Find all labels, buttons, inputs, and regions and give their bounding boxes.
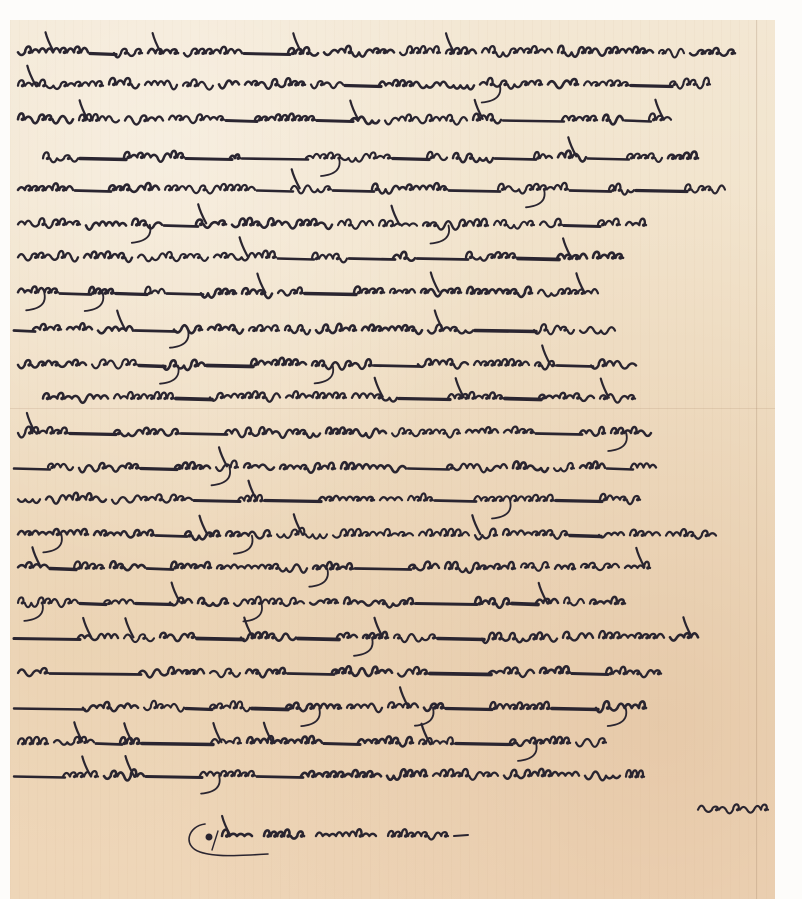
script-line	[14, 617, 698, 656]
script-line	[18, 346, 636, 384]
signature-dot-icon	[206, 834, 213, 841]
script-line	[18, 237, 623, 262]
script-line	[18, 273, 598, 312]
script-line	[14, 756, 644, 794]
script-line	[18, 169, 725, 207]
script-line	[18, 722, 606, 761]
script-line	[18, 514, 716, 553]
script-line	[698, 804, 768, 813]
signature	[189, 816, 468, 856]
script-line	[18, 204, 646, 243]
script-line	[18, 481, 640, 519]
script-line	[18, 413, 651, 451]
script-line	[18, 100, 671, 125]
script-line	[18, 32, 735, 57]
script-line	[43, 378, 635, 403]
script-line	[14, 447, 656, 485]
script-line	[14, 311, 615, 348]
script-line	[14, 687, 646, 726]
script-line	[18, 583, 625, 622]
script-line	[18, 66, 710, 103]
handwritten-script	[0, 0, 802, 899]
script-line	[43, 137, 698, 176]
script-line	[18, 666, 661, 677]
script-line	[18, 547, 650, 586]
